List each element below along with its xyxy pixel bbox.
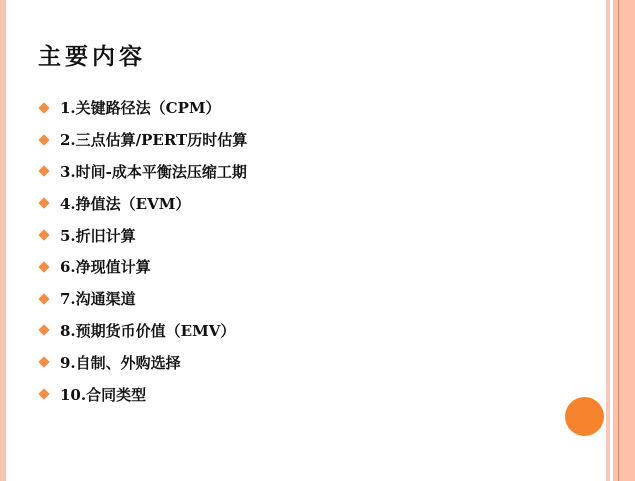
list-item-label: 4.挣值法（EVM）: [60, 193, 190, 214]
diamond-bullet-icon: [38, 229, 49, 240]
list-item-label: 3.时间-成本平衡法压缩工期: [60, 161, 247, 182]
diamond-bullet-icon: [38, 388, 49, 399]
list-item-label: 6.净现值计算: [60, 256, 151, 277]
list-item: 6.净现值计算: [38, 251, 247, 283]
list-item-label: 1.关键路径法（CPM）: [60, 97, 220, 118]
list-item: 8.预期货币价值（EMV）: [38, 315, 247, 347]
list-item: 2.三点估算/PERT历时估算: [38, 124, 247, 156]
list-item: 1.关键路径法（CPM）: [38, 92, 247, 124]
list-item: 3.时间-成本平衡法压缩工期: [38, 156, 247, 188]
diamond-bullet-icon: [38, 261, 49, 272]
list-item-label: 2.三点估算/PERT历时估算: [60, 129, 247, 150]
list-item: 9.自制、外购选择: [38, 346, 247, 378]
orange-circle-decoration: [565, 397, 604, 436]
list-item-label: 5.折旧计算: [60, 225, 136, 246]
diamond-bullet-icon: [38, 325, 49, 336]
list-item-label: 8.预期货币价值（EMV）: [60, 320, 235, 341]
diamond-bullet-icon: [38, 293, 49, 304]
diamond-bullet-icon: [38, 198, 49, 209]
right-border-line: [618, 0, 619, 481]
right-border-band: [613, 0, 635, 481]
list-item-label: 7.沟通渠道: [60, 288, 136, 309]
left-border-bar: [0, 0, 6, 481]
slide-title: 主要内容: [38, 38, 146, 71]
diamond-bullet-icon: [38, 102, 49, 113]
diamond-bullet-icon: [38, 166, 49, 177]
right-border-stripe: [606, 0, 610, 481]
diamond-bullet-icon: [38, 357, 49, 368]
list-item: 4.挣值法（EVM）: [38, 187, 247, 219]
list-item-label: 10.合同类型: [60, 384, 146, 405]
content-list: 1.关键路径法（CPM） 2.三点估算/PERT历时估算 3.时间-成本平衡法压…: [38, 92, 247, 410]
list-item: 5.折旧计算: [38, 219, 247, 251]
list-item: 10.合同类型: [38, 378, 247, 410]
list-item-label: 9.自制、外购选择: [60, 352, 181, 373]
list-item: 7.沟通渠道: [38, 283, 247, 315]
diamond-bullet-icon: [38, 134, 49, 145]
